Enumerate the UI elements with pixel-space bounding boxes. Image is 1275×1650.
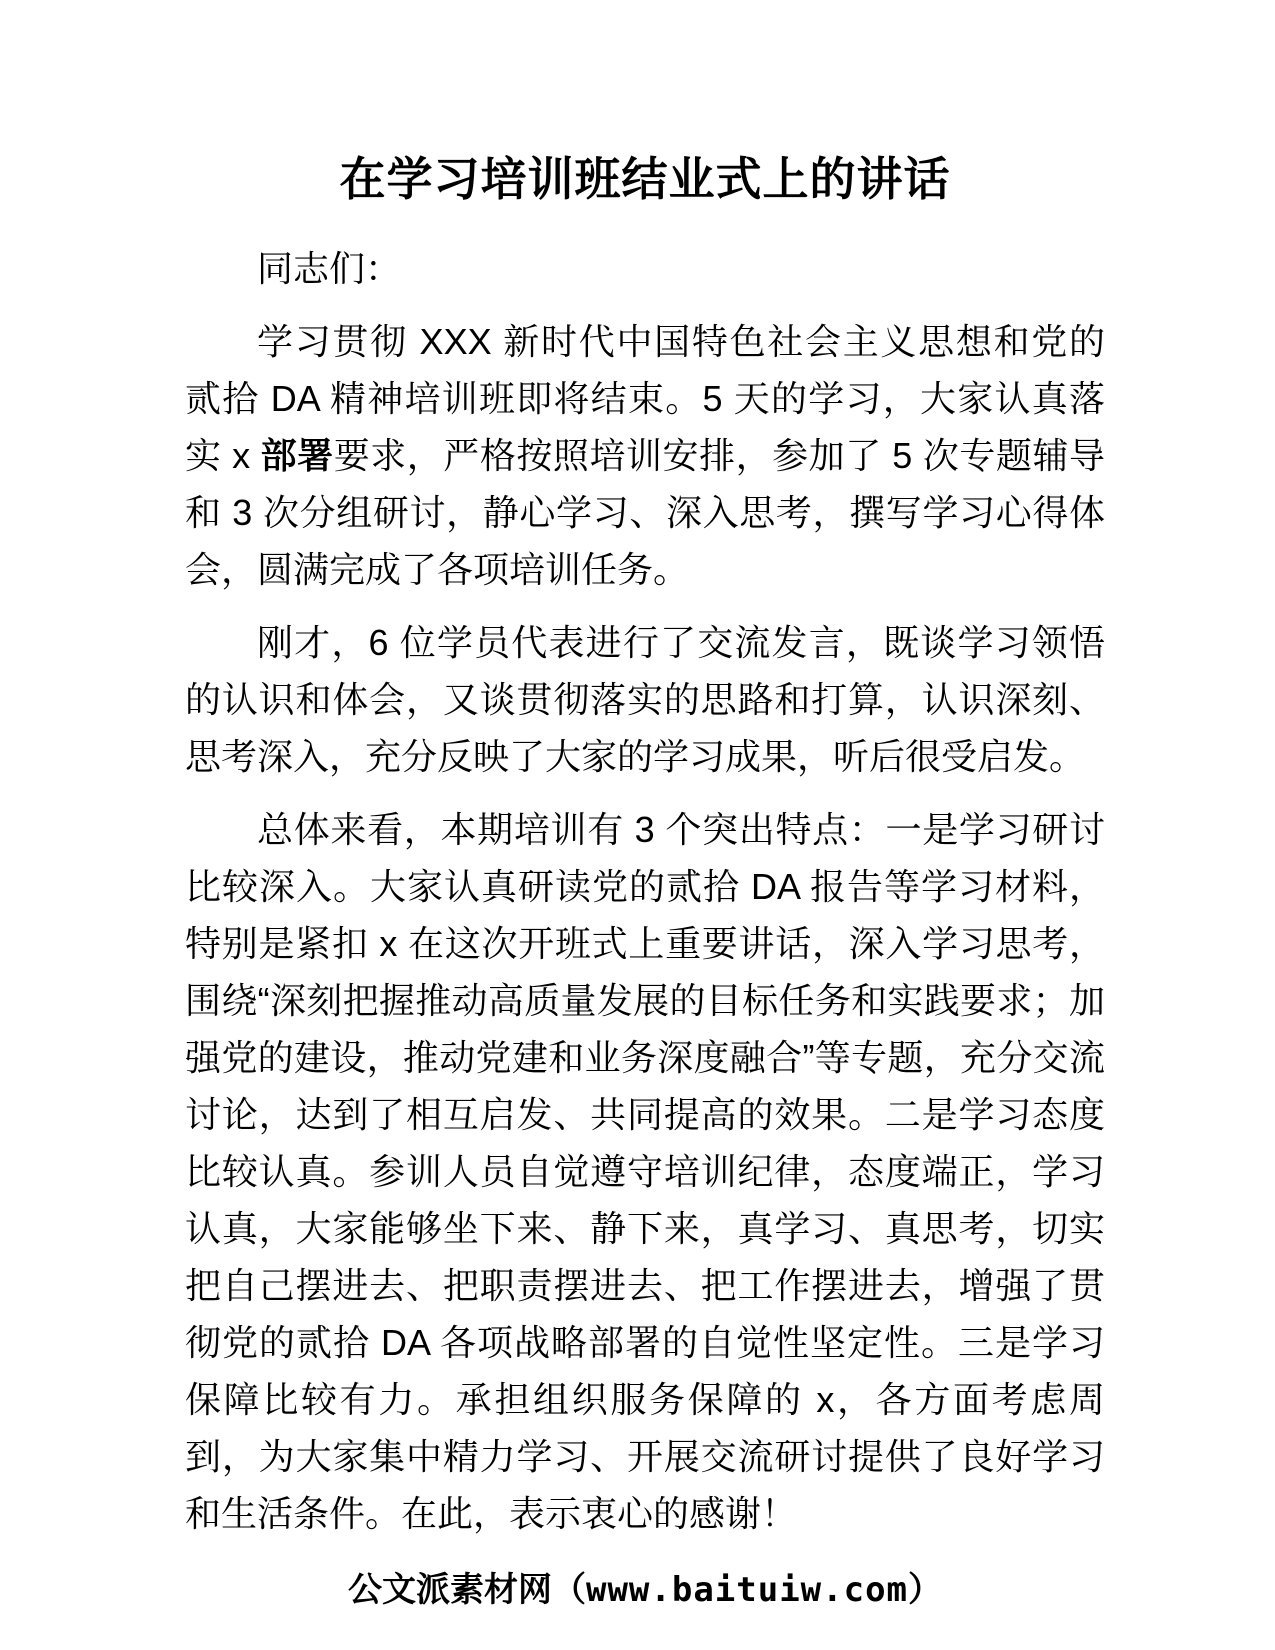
footer-url: www.baituiw.com — [586, 1570, 908, 1610]
footer-close-paren: ） — [908, 1572, 942, 1609]
document-page: 在学习培训班结业式上的讲话 同志们：学习贯彻 XXX 新时代中国特色社会主义思想… — [0, 0, 1275, 1650]
text-run: 总体来看，本期培训有 3 个突出特点：一是学习研讨比较深入。大家认真研读党的贰拾… — [185, 809, 1105, 1534]
document-footer: 公文派素材网（www.baituiw.com） — [185, 1566, 1105, 1615]
document-title: 在学习培训班结业式上的讲话 — [185, 148, 1105, 210]
bold-text-run: 部署 — [261, 435, 334, 476]
text-run: 刚才，6 位学员代表进行了交流发言，既谈学习领悟的认识和体会，又谈贯彻落实的思路… — [185, 622, 1105, 777]
paragraph: 总体来看，本期培训有 3 个突出特点：一是学习研讨比较深入。大家认真研读党的贰拾… — [185, 801, 1105, 1542]
footer-site-name: 公文派素材网（ — [348, 1572, 586, 1609]
document-body: 同志们：学习贯彻 XXX 新时代中国特色社会主义思想和党的贰拾 DA 精神培训班… — [185, 240, 1105, 1542]
paragraph: 同志们： — [185, 240, 1105, 297]
text-run: 同志们： — [257, 248, 401, 289]
paragraph: 刚才，6 位学员代表进行了交流发言，既谈学习领悟的认识和体会，又谈贯彻落实的思路… — [185, 614, 1105, 785]
paragraph: 学习贯彻 XXX 新时代中国特色社会主义思想和党的贰拾 DA 精神培训班即将结束… — [185, 313, 1105, 598]
